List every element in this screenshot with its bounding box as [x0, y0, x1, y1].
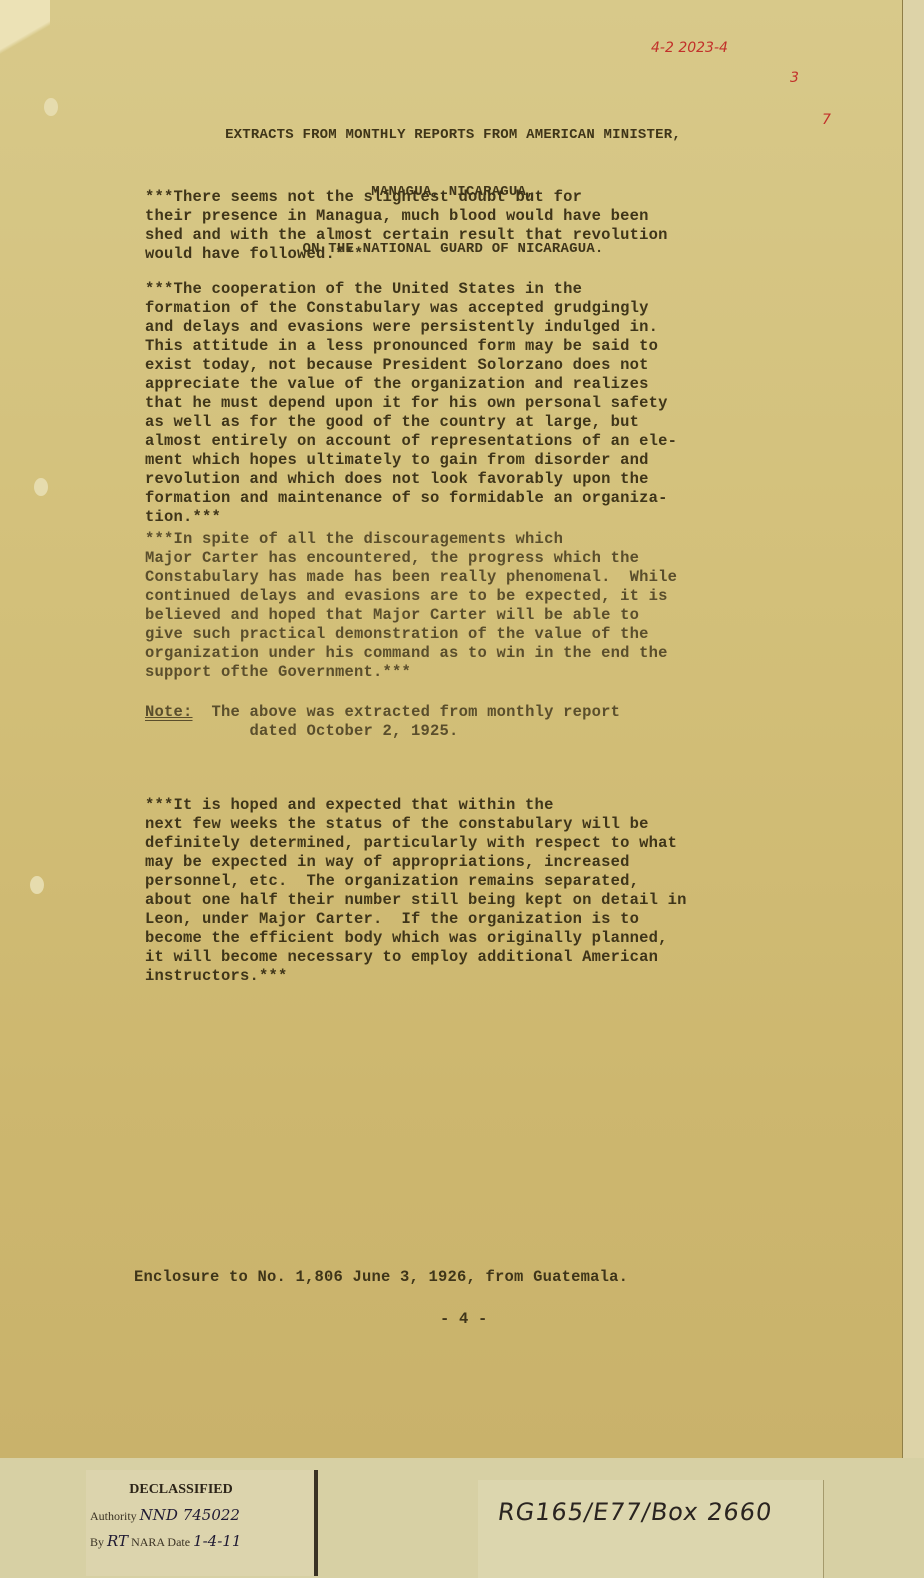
by-label: By — [90, 1535, 104, 1549]
declassified-stamp: DECLASSIFIED Authority NND 745022 By RT … — [86, 1470, 318, 1576]
title-line: EXTRACTS FROM MONTHLY REPORTS FROM AMERI… — [148, 126, 758, 145]
punch-hole — [30, 876, 44, 894]
nara-date-label: NARA Date — [131, 1535, 190, 1549]
note-text: The above was extracted from monthly rep… — [145, 703, 620, 740]
paragraph-4: ***It is hoped and expected that within … — [145, 796, 687, 986]
note-label: Note: — [145, 703, 193, 721]
authority-label: Authority — [90, 1509, 137, 1523]
paragraph-3: ***In spite of all the discouragements w… — [145, 530, 677, 682]
paragraph-2: ***The cooperation of the United States … — [145, 280, 677, 527]
box-label-text: RG165/E77/Box 2660 — [496, 1498, 774, 1526]
by-row: By RT NARA Date 1-4-11 — [90, 1532, 241, 1550]
page-edge — [902, 0, 924, 1458]
page-number: - 4 - — [440, 1310, 488, 1329]
paragraph-1: ***There seems not the slightest doubt b… — [145, 188, 668, 264]
nara-date-value: 1-4-11 — [193, 1532, 241, 1550]
punch-hole — [44, 98, 58, 116]
red-annotation: 7 — [822, 112, 831, 128]
red-annotation: 3 — [790, 70, 799, 86]
enclosure-line: Enclosure to No. 1,806 June 3, 1926, fro… — [134, 1268, 628, 1287]
box-label: RG165/E77/Box 2660 — [478, 1480, 824, 1578]
by-value: RT — [107, 1532, 128, 1550]
authority-row: Authority NND 745022 — [90, 1506, 240, 1524]
punch-hole — [34, 478, 48, 496]
red-annotation: 4-2 2023-4 — [651, 40, 728, 56]
note: Note: The above was extracted from month… — [145, 703, 620, 741]
torn-corner — [0, 0, 50, 70]
declassified-header: DECLASSIFIED — [86, 1482, 276, 1498]
authority-value: NND 745022 — [140, 1506, 240, 1524]
